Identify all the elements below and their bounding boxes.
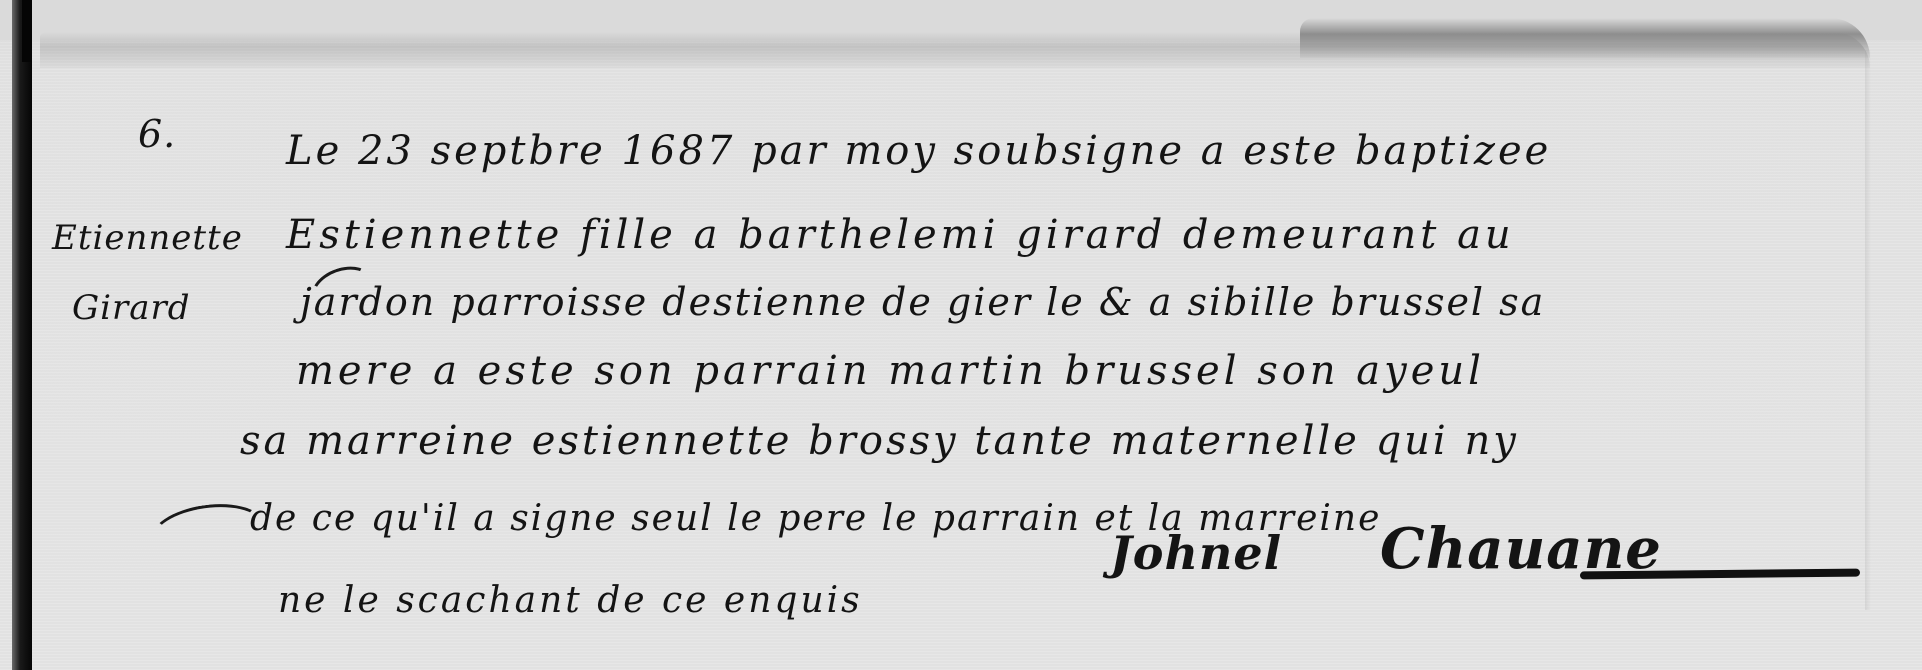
binding-tip	[22, 0, 32, 62]
signature-1: Johnel	[1110, 526, 1282, 580]
record-line-2: Estiennette fille a barthelemi girard de…	[286, 212, 1515, 258]
record-line-3: jardon parroisse destienne de gier le & …	[300, 280, 1545, 324]
margin-first-name: Etiennette	[52, 218, 243, 258]
record-line-1: Le 23 septbre 1687 par moy soubsigne a e…	[286, 128, 1551, 174]
page-edge-stain-dark	[1300, 18, 1870, 58]
binding-line	[12, 0, 32, 670]
margin-last-name: Girard	[72, 288, 191, 328]
record-line-5: sa marreine estiennette brossy tante mat…	[240, 418, 1519, 464]
entry-number: 6.	[138, 112, 176, 156]
record-line-4: mere a este son parrain martin brussel s…	[296, 348, 1485, 394]
page-right-edge	[1865, 50, 1871, 610]
record-line-7: ne le scachant de ce enquis	[278, 580, 863, 621]
